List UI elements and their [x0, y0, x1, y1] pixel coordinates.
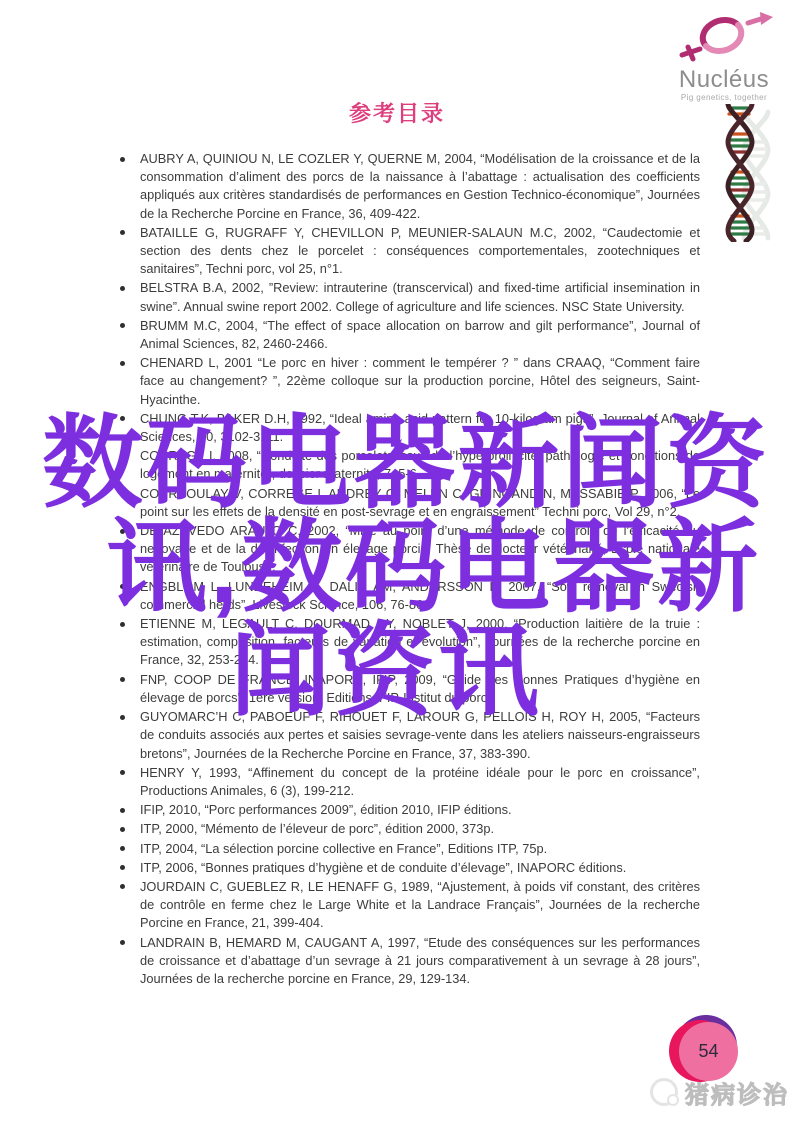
reference-item: IFIP, 2010, “Porc performances 2009”, éd…: [117, 801, 700, 819]
logo-name: Nucléus: [668, 67, 780, 92]
reference-text: CHENARD L, 2001 “Le porc en hiver : comm…: [140, 355, 700, 406]
bullet-icon: [120, 827, 125, 832]
reference-item: CHENARD L, 2001 “Le porc en hiver : comm…: [117, 354, 700, 409]
footer-watermark: 猪病诊治: [650, 1076, 789, 1108]
footer-watermark-text: 猪病诊治: [685, 1075, 789, 1110]
bullet-icon: [120, 846, 125, 851]
reference-text: BELSTRA B.A, 2002, ”Review: intrauterine…: [140, 280, 700, 313]
reference-text: LANDRAIN B, HEMARD M, CAUGANT A, 1997, “…: [140, 935, 700, 986]
bullet-icon: [120, 323, 125, 328]
nucleus-logo: Nucléus Pig genetics, together: [668, 10, 780, 102]
bullet-icon: [120, 361, 125, 366]
footer-logo-icon: [650, 1078, 678, 1106]
bullet-icon: [120, 157, 125, 162]
bullet-icon: [120, 715, 125, 720]
bullet-icon: [120, 770, 125, 775]
bullet-icon: [120, 230, 125, 235]
reference-text: BATAILLE G, RUGRAFF Y, CHEVILLON P, MEUN…: [140, 225, 700, 276]
page-number-badge: 54: [669, 1015, 744, 1081]
reference-text: ITP, 2000, “Mémento de l’éleveur de porc…: [140, 821, 494, 836]
badge-pink-circle: 54: [679, 1022, 738, 1081]
document-page: Nucléus Pig genetics, together: [0, 0, 794, 1123]
bullet-icon: [120, 940, 125, 945]
bullet-icon: [120, 865, 125, 870]
page-title: 参考目录: [0, 97, 794, 128]
watermark-line-1: 数码电器新闻资: [42, 414, 770, 515]
reference-item: ITP, 2004, “La sélection porcine collect…: [117, 840, 700, 858]
reference-item: AUBRY A, QUINIOU N, LE COZLER Y, QUERNE …: [117, 150, 700, 223]
reference-item: BATAILLE G, RUGRAFF Y, CHEVILLON P, MEUN…: [117, 224, 700, 279]
reference-item: ITP, 2000, “Mémento de l’éleveur de porc…: [117, 820, 700, 838]
reference-text: HENRY Y, 1993, “Affinement du concept de…: [140, 765, 700, 798]
watermark-line-2: 讯,数码电器新: [106, 518, 761, 619]
bullet-icon: [120, 884, 125, 889]
reference-item: HENRY Y, 1993, “Affinement du concept de…: [117, 764, 700, 800]
reference-item: BELSTRA B.A, 2002, ”Review: intrauterine…: [117, 279, 700, 315]
bullet-icon: [120, 808, 125, 813]
reference-text: ITP, 2006, “Bonnes pratiques d’hygiène e…: [140, 860, 626, 875]
reference-item: LANDRAIN B, HEMARD M, CAUGANT A, 1997, “…: [117, 934, 700, 989]
page-number: 54: [698, 1041, 718, 1062]
bullet-icon: [120, 286, 125, 291]
watermark-line-3: 闻资讯: [230, 622, 542, 723]
reference-text: AUBRY A, QUINIOU N, LE COZLER Y, QUERNE …: [140, 151, 700, 221]
reference-item: ITP, 2006, “Bonnes pratiques d’hygiène e…: [117, 859, 700, 877]
reference-text: BRUMM M.C, 2004, “The effect of space al…: [140, 318, 700, 351]
bullet-icon: [120, 677, 125, 682]
reference-text: JOURDAIN C, GUEBLEZ R, LE HENAFF G, 1989…: [140, 879, 700, 930]
reference-text: IFIP, 2010, “Porc performances 2009”, éd…: [140, 802, 512, 817]
reference-item: BRUMM M.C, 2004, “The effect of space al…: [117, 317, 700, 353]
reference-item: JOURDAIN C, GUEBLEZ R, LE HENAFF G, 1989…: [117, 878, 700, 933]
reference-text: ITP, 2004, “La sélection porcine collect…: [140, 841, 547, 856]
gender-symbols-icon: [672, 10, 776, 62]
